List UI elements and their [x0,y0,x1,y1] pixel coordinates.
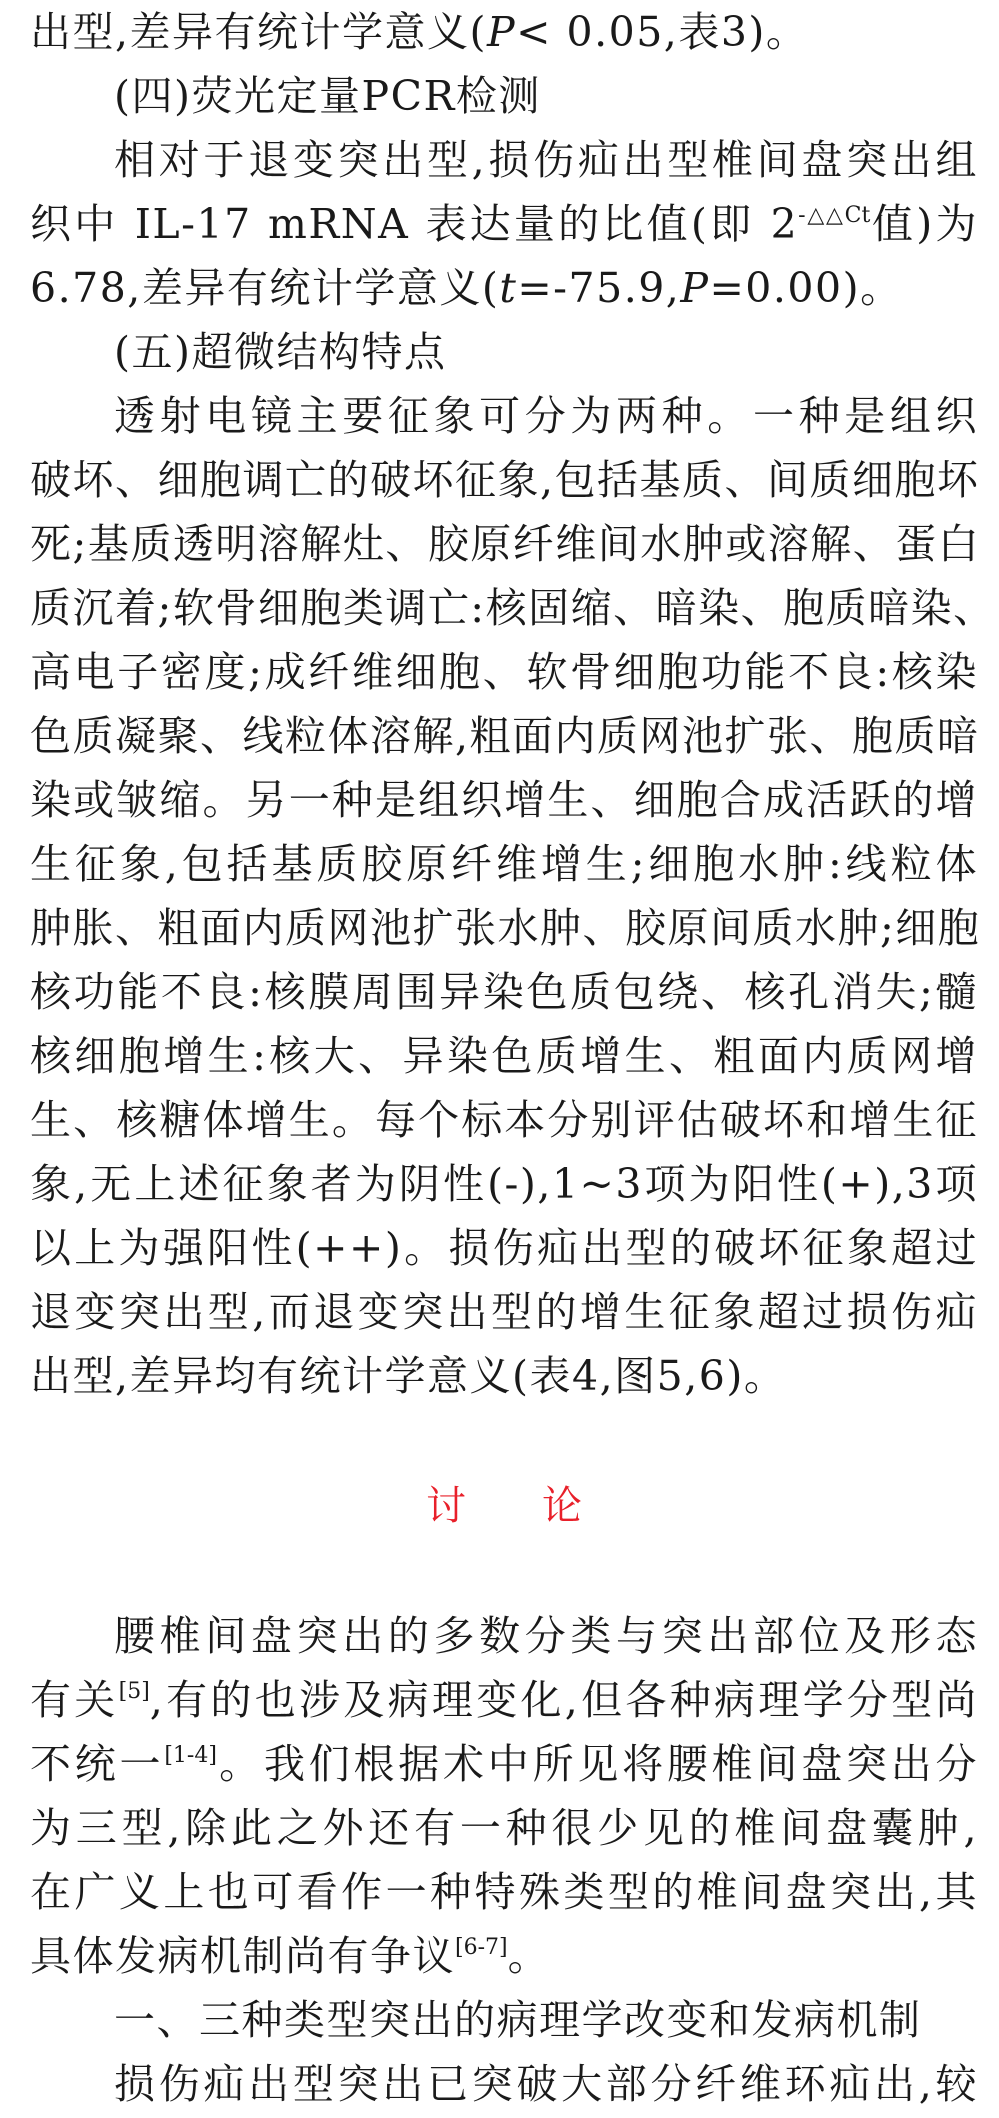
text-line: 核细胞增生:核大、异染色质增生、粗面内质网增 [30,1024,978,1088]
text-fragment: 出型,差异有统计学意义( [30,8,487,56]
p-value-symbol: P [680,264,709,312]
superscript-delta-ct: -△△Ct [798,203,870,228]
heading-char: 讨 [426,1408,466,1604]
text-fragment: =0.00)。 [709,264,902,312]
text-line: 有关[5],有的也涉及病理变化,但各种病理学分型尚 [30,1668,978,1732]
citation-ref: [6-7] [455,1935,508,1960]
citation-ref: [5] [119,1679,150,1704]
text-line: 腰椎间盘突出的多数分类与突出部位及形态 [30,1604,978,1668]
text-fragment: 6.78,差异有统计学意义( [30,264,499,312]
text-fragment: =-75.9, [517,264,680,312]
text-line: 损伤疝出型突出已突破大部分纤维环疝出,较 [30,2052,978,2116]
text-line: 不统一[1-4]。我们根据术中所见将腰椎间盘突出分 [30,1732,978,1796]
section-title-ultrastructure: (五)超微结构特点 [30,320,978,384]
text-fragment: 织中 IL-17 mRNA 表达量的比值(即 2 [30,200,798,248]
text-line: 出型,差异均有统计学意义(表4,图5,6)。 [30,1344,978,1408]
subsection-title-pathology: 一、三种类型突出的病理学改变和发病机制 [30,1988,978,2052]
text-fragment: 有关 [30,1676,119,1724]
text-fragment: 。 [508,1932,551,1980]
section-title-pcr: (四)荧光定量PCR检测 [30,64,978,128]
text-fragment: ,有的也涉及病理变化,但各种病理学分型尚 [150,1676,978,1724]
text-fragment: 值)为 [870,200,978,248]
text-line: 色质凝聚、线粒体溶解,粗面内质网池扩张、胞质暗 [30,704,978,768]
t-statistic-symbol: t [499,264,517,312]
text-fragment: 具体发病机制尚有争议 [30,1932,455,1980]
text-line: 相对于退变突出型,损伤疝出型椎间盘突出组 [30,128,978,192]
text-fragment: < 0.05,表3)。 [516,8,808,56]
text-line: 为三型,除此之外还有一种很少见的椎间盘囊肿, [30,1796,978,1860]
text-line: 死;基质透明溶解灶、胶原纤维间水肿或溶解、蛋白 [30,512,978,576]
text-fragment: 不统一 [30,1740,164,1788]
citation-ref: [1-4] [164,1743,217,1768]
text-line: 核功能不良:核膜周围异染色质包绕、核孔消失;髓 [30,960,978,1024]
text-line: 6.78,差异有统计学意义(t=-75.9,P=0.00)。 [30,256,978,320]
heading-char: 论 [542,1408,582,1604]
article-page: 出型,差异有统计学意义(P< 0.05,表3)。 (四)荧光定量PCR检测 相对… [30,0,978,2116]
text-line: 生、核糖体增生。每个标本分别评估破坏和增生征 [30,1088,978,1152]
text-line: 织中 IL-17 mRNA 表达量的比值(即 2-△△Ct值)为 [30,192,978,256]
text-line: 生征象,包括基质胶原纤维增生;细胞水肿:线粒体 [30,832,978,896]
text-line: 高电子密度;成纤维细胞、软骨细胞功能不良:核染 [30,640,978,704]
text-line: 肿胀、粗面内质网池扩张水肿、胶原间质水肿;细胞 [30,896,978,960]
text-line: 在广义上也可看作一种特殊类型的椎间盘突出,其 [30,1860,978,1924]
text-line: 质沉着;软骨细胞类调亡:核固缩、暗染、胞质暗染、 [30,576,978,640]
discussion-heading: 讨论 [30,1408,978,1604]
text-line: 退变突出型,而退变突出型的增生征象超过损伤疝 [30,1280,978,1344]
text-line: 出型,差异有统计学意义(P< 0.05,表3)。 [30,0,978,64]
text-line: 以上为强阳性(++)。损伤疝出型的破坏征象超过 [30,1216,978,1280]
text-line: 透射电镜主要征象可分为两种。一种是组织 [30,384,978,448]
p-value-symbol: P [487,8,516,56]
text-line: 破坏、细胞调亡的破坏征象,包括基质、间质细胞坏 [30,448,978,512]
text-line: 染或皱缩。另一种是组织增生、细胞合成活跃的增 [30,768,978,832]
text-line: 象,无上述征象者为阴性(-),1~3项为阳性(+),3项 [30,1152,978,1216]
text-fragment: 。我们根据术中所见将腰椎间盘突出分 [217,1740,978,1788]
text-line: 具体发病机制尚有争议[6-7]。 [30,1924,978,1988]
